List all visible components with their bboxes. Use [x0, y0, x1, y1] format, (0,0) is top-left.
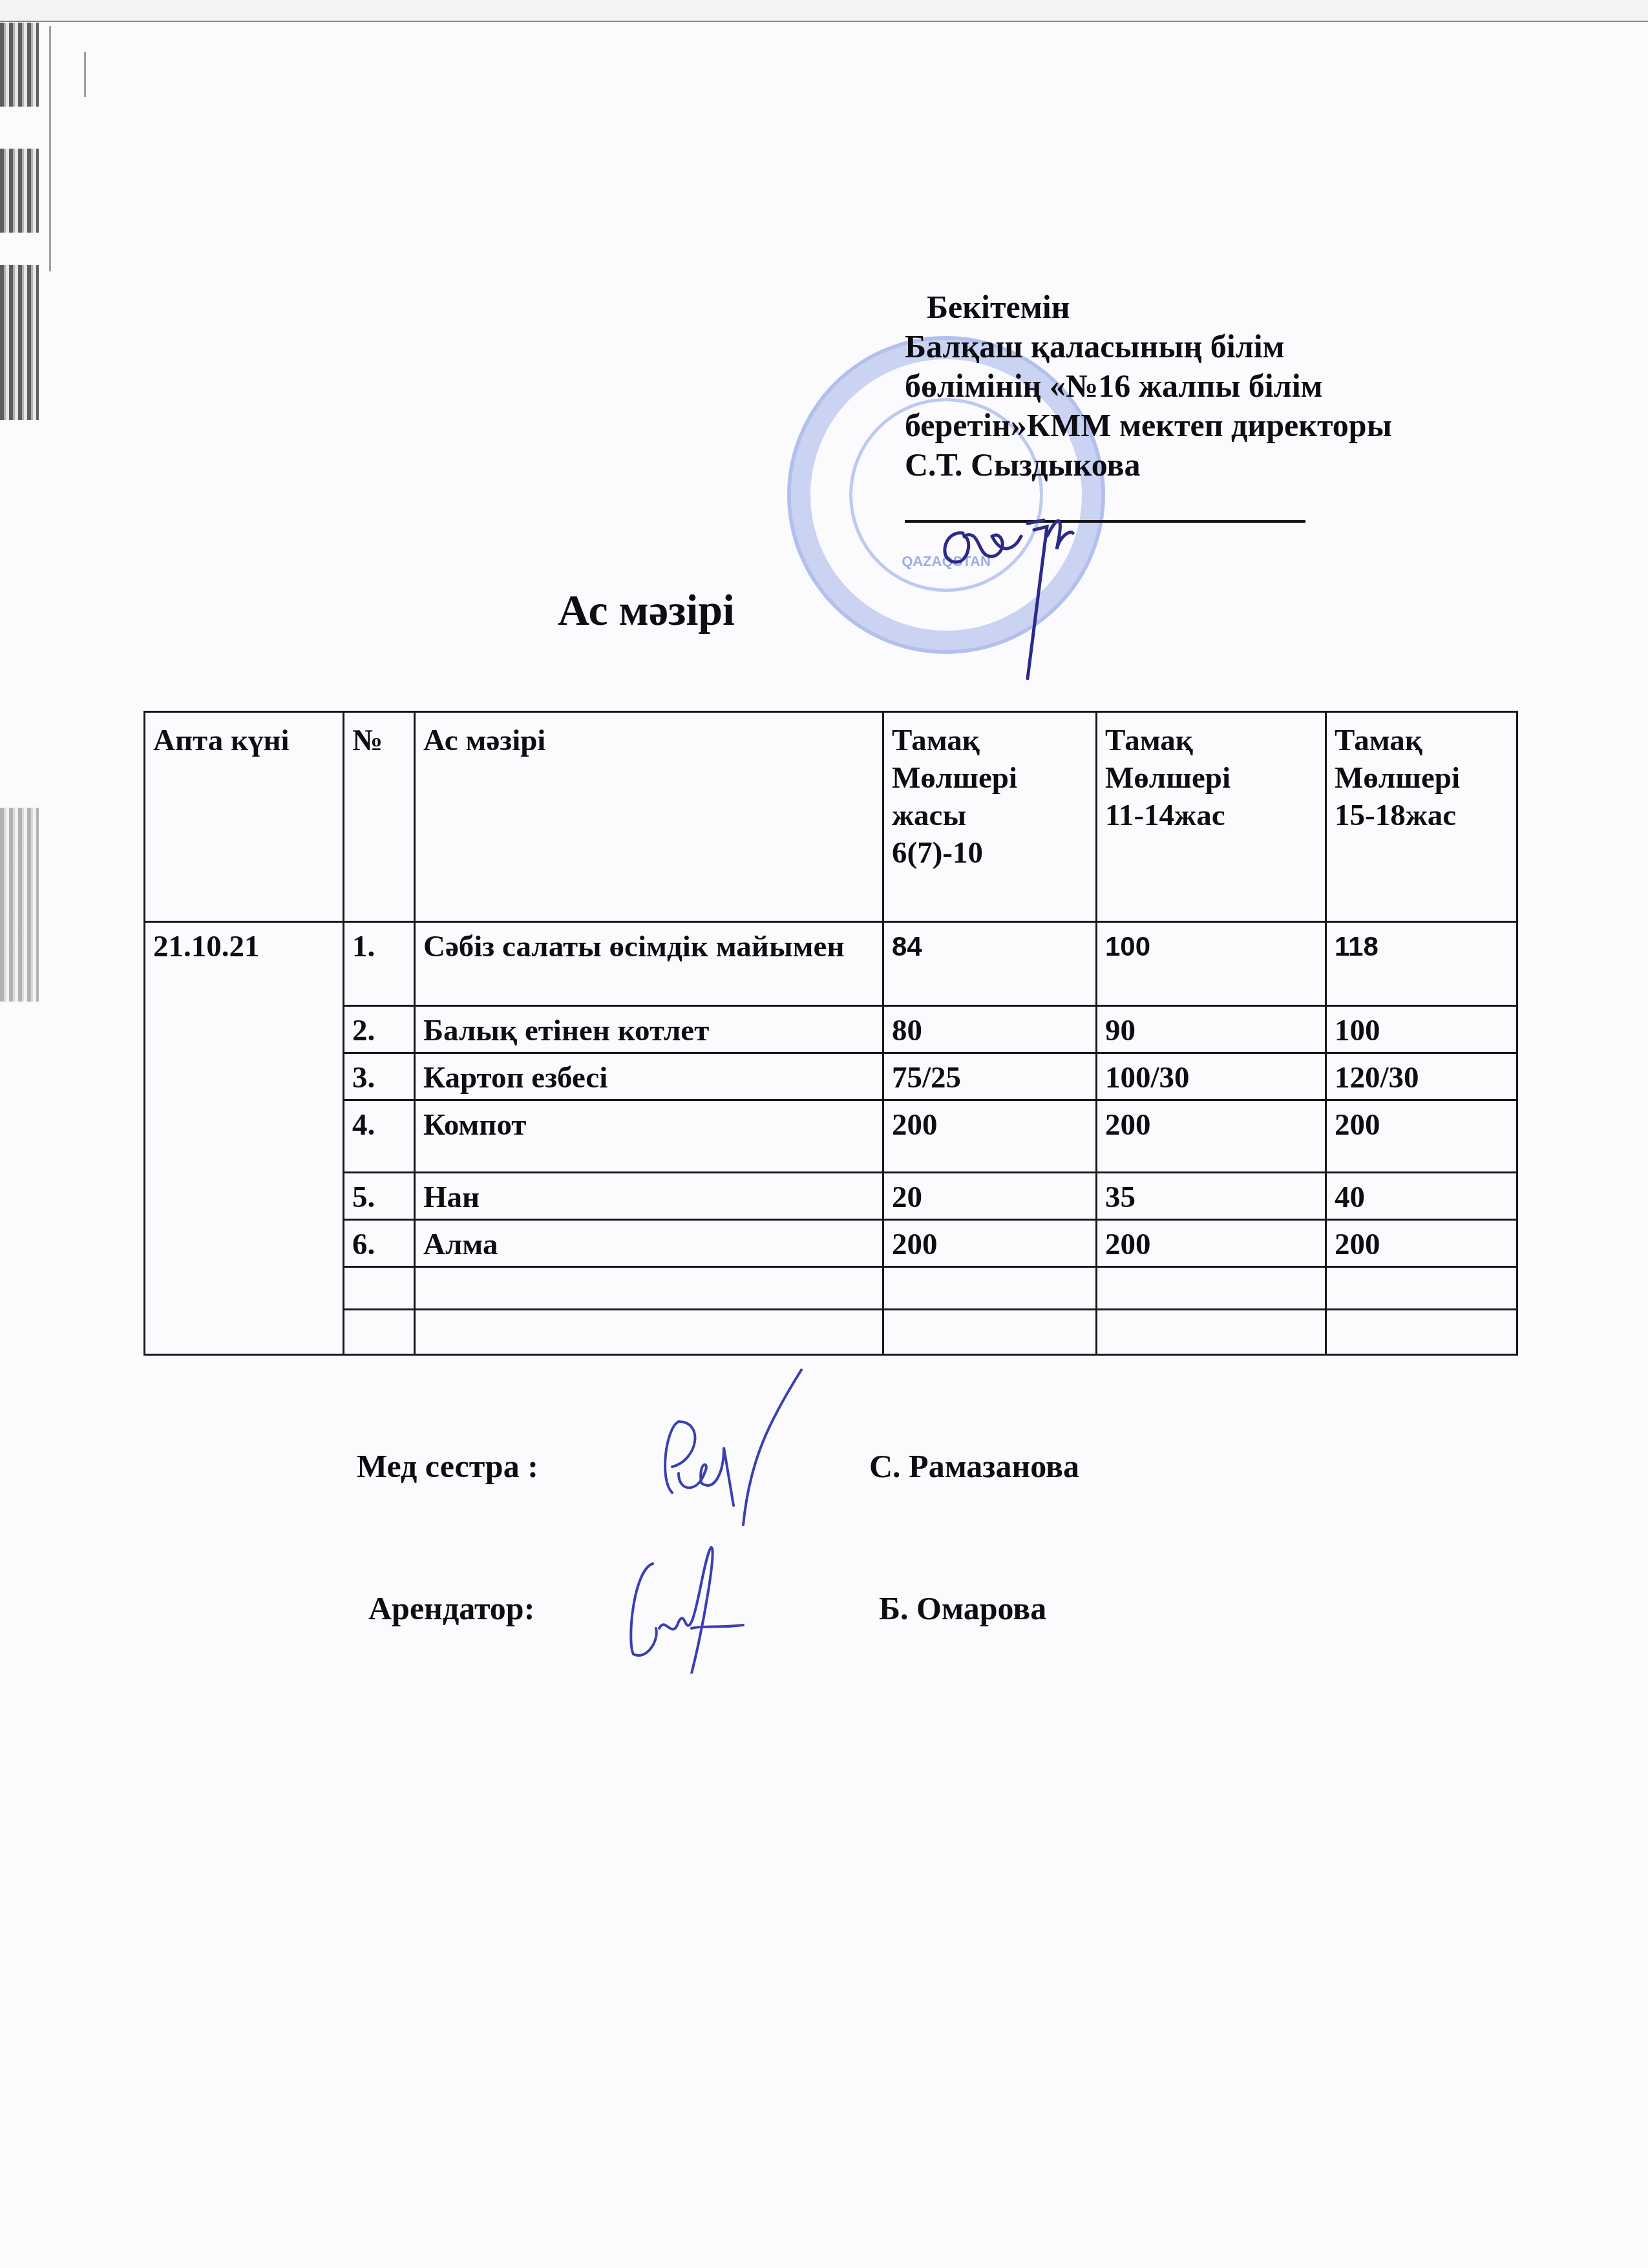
header-qty-6-10: Тамақ Мөлшері жасы 6(7)-10 [883, 712, 1097, 922]
tenant-signature-icon [620, 1544, 788, 1674]
scan-artifact [0, 808, 39, 1002]
table-header-row: Апта күні № Ас мәзірі Тамақ Мөлшері жасы… [145, 712, 1517, 922]
page-title-text: Ас мәзірі [558, 585, 735, 635]
row-number: 5. [344, 1173, 415, 1220]
qty-6-10: 200 [883, 1100, 1097, 1173]
row-number: 1. [344, 922, 415, 1006]
dish-name [415, 1267, 883, 1310]
dish-name: Алма [415, 1220, 883, 1267]
qty-15-18: 120/30 [1326, 1053, 1517, 1100]
table-row: 5. Нан 20 35 40 [145, 1173, 1517, 1220]
menu-table: Апта күні № Ас мәзірі Тамақ Мөлшері жасы… [143, 711, 1518, 1356]
director-signature-icon [931, 465, 1202, 685]
page-title: Ас мәзірі [0, 585, 1648, 636]
qty-6-10: 75/25 [883, 1053, 1097, 1100]
qty-6-10: 200 [883, 1220, 1097, 1267]
dish-name: Балық етінен котлет [415, 1006, 883, 1053]
approval-block: Бекітемін Балқаш қаласының білім бөлімін… [905, 288, 1551, 485]
qty-11-14: 200 [1097, 1220, 1326, 1267]
row-number [344, 1310, 415, 1355]
qty-11-14 [1097, 1267, 1326, 1310]
qty-6-10: 80 [883, 1006, 1097, 1053]
row-number: 2. [344, 1006, 415, 1053]
dish-name [415, 1310, 883, 1355]
row-number [344, 1267, 415, 1310]
table-row-empty [145, 1267, 1517, 1310]
approval-heading: Бекітемін [905, 288, 1551, 327]
approval-line: бөлімінің «№16 жалпы білім [905, 366, 1551, 406]
qty-11-14: 100 [1097, 922, 1326, 1006]
qty-11-14: 90 [1097, 1006, 1326, 1053]
qty-11-14: 100/30 [1097, 1053, 1326, 1100]
qty-15-18: 200 [1326, 1100, 1517, 1173]
table-row: 3. Картоп езбесі 75/25 100/30 120/30 [145, 1053, 1517, 1100]
dish-name: Нан [415, 1173, 883, 1220]
row-number: 6. [344, 1220, 415, 1267]
header-dish: Ас мәзірі [415, 712, 883, 922]
qty-6-10: 20 [883, 1173, 1097, 1220]
signer-name-nurse: С. Рамазанова [869, 1447, 1079, 1485]
dish-name: Картоп езбесі [415, 1053, 883, 1100]
qty-15-18: 100 [1326, 1006, 1517, 1053]
scan-artifact [0, 23, 39, 107]
qty-6-10 [883, 1267, 1097, 1310]
header-qty-11-14: Тамақ Мөлшері 11-14жас [1097, 712, 1326, 922]
header-number: № [344, 712, 415, 922]
qty-6-10: 84 [883, 922, 1097, 1006]
scan-artifact [49, 26, 51, 271]
row-number: 4. [344, 1100, 415, 1173]
table-row: 21.10.21 1. Сәбіз салаты өсімдік майымен… [145, 922, 1517, 1006]
header-qty-15-18: Тамақ Мөлшері 15-18жас [1326, 712, 1517, 922]
table-row-empty [145, 1310, 1517, 1355]
qty-15-18: 200 [1326, 1220, 1517, 1267]
qty-15-18 [1326, 1310, 1517, 1355]
qty-11-14: 35 [1097, 1173, 1326, 1220]
scan-artifact [84, 52, 86, 97]
date-cell: 21.10.21 [145, 922, 344, 1355]
header-day: Апта күні [145, 712, 344, 922]
qty-11-14 [1097, 1310, 1326, 1355]
scan-artifact [0, 149, 39, 233]
qty-6-10 [883, 1310, 1097, 1355]
scan-artifact [0, 265, 39, 420]
signer-role-tenant: Арендатор: [368, 1590, 534, 1627]
table-row: 2. Балық етінен котлет 80 90 100 [145, 1006, 1517, 1053]
signer-name-tenant: Б. Омарова [879, 1590, 1046, 1627]
nurse-signature-icon [653, 1363, 821, 1531]
scan-border-top [0, 0, 1648, 22]
qty-15-18 [1326, 1267, 1517, 1310]
table-row: 4. Компот 200 200 200 [145, 1100, 1517, 1173]
dish-name: Компот [415, 1100, 883, 1173]
qty-11-14: 200 [1097, 1100, 1326, 1173]
signer-role-nurse: Мед сестра : [357, 1447, 538, 1485]
qty-15-18: 40 [1326, 1173, 1517, 1220]
approval-line: беретін»КММ мектеп директоры [905, 406, 1551, 445]
qty-15-18: 118 [1326, 922, 1517, 1006]
table-row: 6. Алма 200 200 200 [145, 1220, 1517, 1267]
row-number: 3. [344, 1053, 415, 1100]
dish-name: Сәбіз салаты өсімдік майымен [415, 922, 883, 1006]
approval-line: Балқаш қаласының білім [905, 327, 1551, 366]
